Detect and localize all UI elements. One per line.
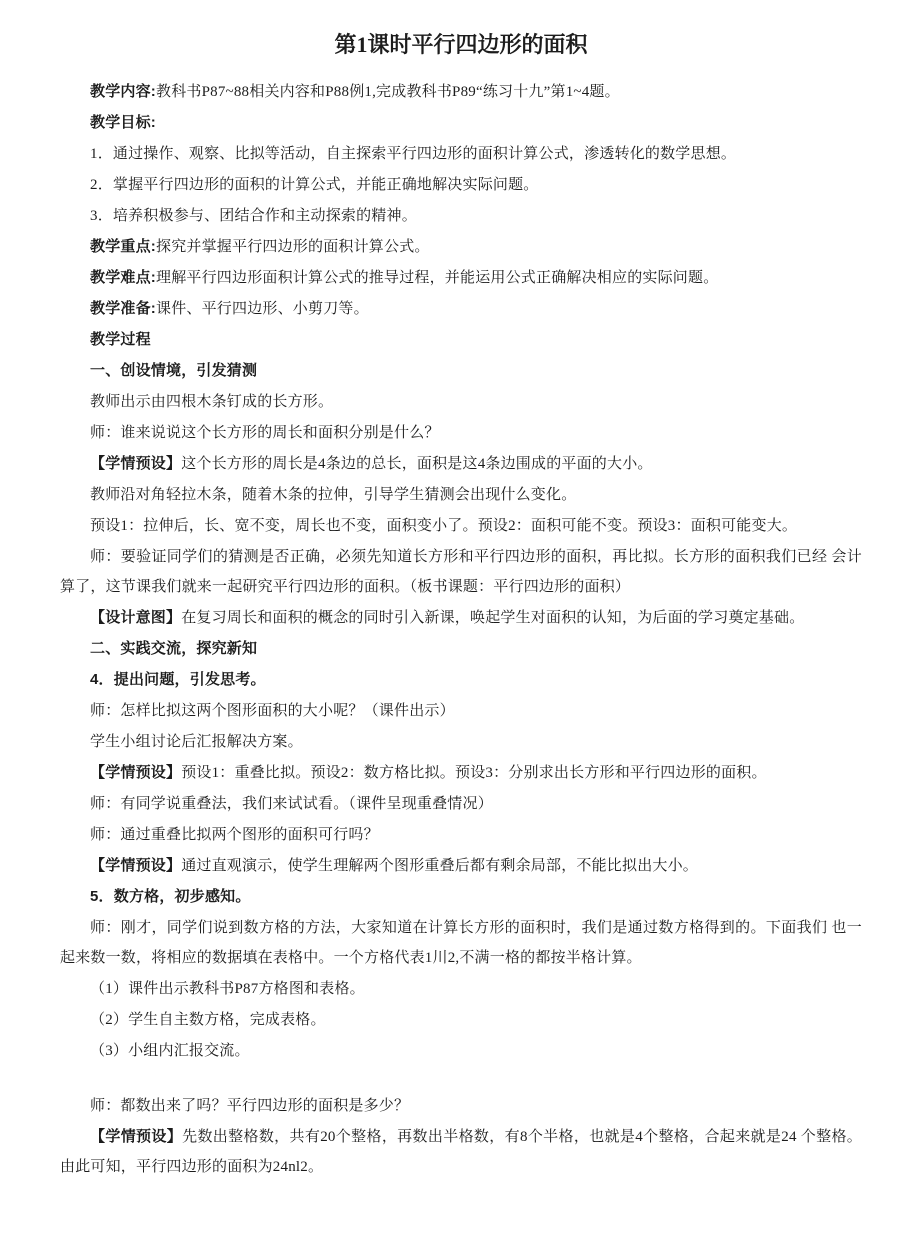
paragraph-text: 在复习周长和面积的概念的同时引入新课，唤起学生对面积的认知，为后面的学习奠定基础… bbox=[181, 610, 804, 626]
paragraph-text: 3．培养积极参与、团结合作和主动探索的精神。 bbox=[90, 208, 417, 224]
paragraph-label: 【设计意图】 bbox=[90, 609, 181, 626]
paragraph: 教师沿对角轻拉木条，随着木条的拉伸，引导学生猜测会出现什么变化。 bbox=[60, 480, 862, 510]
paragraph-teaching-difficulty: 教学难点:理解平行四边形面积计算公式的推导过程，并能运用公式正确解决相应的实际问… bbox=[60, 263, 862, 293]
paragraph-label: 教学内容: bbox=[90, 83, 156, 100]
paragraph-label: 5．数方格，初步感知。 bbox=[90, 888, 251, 905]
paragraph-text: 1．通过操作、观察、比拟等活动，自主探索平行四边形的面积计算公式，渗透转化的数学… bbox=[90, 146, 736, 162]
paragraph-substep-2: （2）学生自主数方格，完成表格。 bbox=[60, 1005, 862, 1035]
paragraph-substep-1: （1）课件出示教科书P87方格图和表格。 bbox=[60, 974, 862, 1004]
paragraph-text: （1）课件出示教科书P87方格图和表格。 bbox=[90, 981, 365, 997]
paragraph: 师：要验证同学们的猜测是否正确，必须先知道长方形和平行四边形的面积，再比拟。长方… bbox=[60, 542, 862, 602]
paragraph-label: 教学难点: bbox=[90, 269, 156, 286]
paragraph-text: 通过直观演示，使学生理解两个图形重叠后都有剩余局部，不能比拟出大小。 bbox=[181, 858, 698, 874]
paragraph-label: 教学准备: bbox=[90, 300, 156, 317]
paragraph: 师：谁来说说这个长方形的周长和面积分别是什么？ bbox=[60, 418, 862, 448]
paragraph: 预设1：拉伸后，长、宽不变，周长也不变，面积变小了。预设2：面积可能不变。预设3… bbox=[60, 511, 862, 541]
paragraph-label: 教学目标: bbox=[90, 114, 156, 131]
paragraph-text: 理解平行四边形面积计算公式的推导过程，并能运用公式正确解决相应的实际问题。 bbox=[156, 270, 718, 286]
paragraph-goal-3: 3．培养积极参与、团结合作和主动探索的精神。 bbox=[60, 201, 862, 231]
paragraph-text: 课件、平行四边形、小剪刀等。 bbox=[156, 301, 369, 317]
paragraph-text: 师：有同学说重叠法，我们来试试看。（课件呈现重叠情况） bbox=[90, 796, 493, 812]
paragraph: 师：有同学说重叠法，我们来试试看。（课件呈现重叠情况） bbox=[60, 789, 862, 819]
paragraph-student-expectation: 【学情预设】这个长方形的周长是4条边的总长，面积是这4条边围成的平面的大小。 bbox=[60, 449, 862, 479]
paragraph-goal-1: 1．通过操作、观察、比拟等活动，自主探索平行四边形的面积计算公式，渗透转化的数学… bbox=[60, 139, 862, 169]
paragraph-text: 师：都数出来了吗？平行四边形的面积是多少？ bbox=[90, 1098, 409, 1114]
paragraph-text: 教师沿对角轻拉木条，随着木条的拉伸，引导学生猜测会出现什么变化。 bbox=[90, 487, 576, 503]
paragraph-text: 师：要验证同学们的猜测是否正确，必须先知道长方形和平行四边形的面积，再比拟。长方… bbox=[60, 549, 862, 595]
paragraph-label: 教学重点: bbox=[90, 238, 156, 255]
paragraph-student-expectation: 【学情预设】先数出整格数，共有20个整格，再数出半格数，有8个半格，也就是4个整… bbox=[60, 1122, 862, 1182]
paragraph-text: 师：怎样比拟这两个图形面积的大小呢？（课件出示） bbox=[90, 703, 455, 719]
paragraph-goal-2: 2．掌握平行四边形的面积的计算公式，并能正确地解决实际问题。 bbox=[60, 170, 862, 200]
paragraph-text: 这个长方形的周长是4条边的总长，面积是这4条边围成的平面的大小。 bbox=[181, 456, 652, 472]
paragraph-text: 预设1：重叠比拟。预设2：数方格比拟。预设3：分别求出长方形和平行四边形的面积。 bbox=[181, 765, 767, 781]
paragraph-label: 教学过程 bbox=[90, 331, 151, 348]
paragraph-text: 教师出示由四根木条钉成的长方形。 bbox=[90, 394, 333, 410]
paragraph-teaching-process-heading: 教学过程 bbox=[60, 325, 862, 355]
paragraph-label: 二、实践交流，探究新知 bbox=[90, 640, 257, 657]
paragraph-design-intent: 【设计意图】在复习周长和面积的概念的同时引入新课，唤起学生对面积的认知，为后面的… bbox=[60, 603, 862, 633]
paragraph-text: 师：通过重叠比拟两个图形的面积可行吗？ bbox=[90, 827, 379, 843]
paragraph: 学生小组讨论后汇报解决方案。 bbox=[60, 727, 862, 757]
paragraph-section-2-heading: 二、实践交流，探究新知 bbox=[60, 634, 862, 664]
paragraph-text: （3）小组内汇报交流。 bbox=[90, 1043, 250, 1059]
paragraph-teaching-preparation: 教学准备:课件、平行四边形、小剪刀等。 bbox=[60, 294, 862, 324]
paragraph-substep-3: （3）小组内汇报交流。 bbox=[60, 1036, 862, 1066]
paragraph: 教师出示由四根木条钉成的长方形。 bbox=[60, 387, 862, 417]
lesson-plan-document: 第1课时平行四边形的面积 教学内容:教科书P87~88相关内容和P88例1,完成… bbox=[0, 0, 920, 1237]
paragraph: 师：通过重叠比拟两个图形的面积可行吗？ bbox=[60, 820, 862, 850]
page-title: 第1课时平行四边形的面积 bbox=[60, 30, 862, 60]
paragraph-text: 教科书P87~88相关内容和P88例1,完成教科书P89“练习十九”第1~4题。 bbox=[156, 84, 620, 100]
paragraph-text: 预设1：拉伸后，长、宽不变，周长也不变，面积变小了。预设2：面积可能不变。预设3… bbox=[90, 518, 797, 534]
paragraph-text: 学生小组讨论后汇报解决方案。 bbox=[90, 734, 303, 750]
paragraph-label: 一、创设情境，引发猜测 bbox=[90, 362, 257, 379]
paragraph-text: 师：刚才，同学们说到数方格的方法，大家知道在计算长方形的面积时，我们是通过数方格… bbox=[60, 920, 862, 966]
paragraph-text: 师：谁来说说这个长方形的周长和面积分别是什么？ bbox=[90, 425, 440, 441]
paragraph-step-4-heading: 4．提出问题，引发思考。 bbox=[60, 665, 862, 695]
paragraph-label: 【学情预设】 bbox=[90, 857, 181, 874]
paragraph-text: 2．掌握平行四边形的面积的计算公式，并能正确地解决实际问题。 bbox=[90, 177, 539, 193]
paragraph: 师：刚才，同学们说到数方格的方法，大家知道在计算长方形的面积时，我们是通过数方格… bbox=[60, 913, 862, 973]
blank-line bbox=[60, 1067, 862, 1091]
paragraph-label: 【学情预设】 bbox=[90, 1128, 182, 1145]
paragraph-label: 【学情预设】 bbox=[90, 455, 181, 472]
paragraph: 师：怎样比拟这两个图形面积的大小呢？（课件出示） bbox=[60, 696, 862, 726]
paragraph-label: 【学情预设】 bbox=[90, 764, 181, 781]
paragraph-student-expectation: 【学情预设】预设1：重叠比拟。预设2：数方格比拟。预设3：分别求出长方形和平行四… bbox=[60, 758, 862, 788]
paragraph-label: 4．提出问题，引发思考。 bbox=[90, 671, 266, 688]
paragraph-teaching-goals-heading: 教学目标: bbox=[60, 108, 862, 138]
paragraph-text: （2）学生自主数方格，完成表格。 bbox=[90, 1012, 326, 1028]
paragraph-student-expectation: 【学情预设】通过直观演示，使学生理解两个图形重叠后都有剩余局部，不能比拟出大小。 bbox=[60, 851, 862, 881]
paragraph-step-5-heading: 5．数方格，初步感知。 bbox=[60, 882, 862, 912]
paragraph: 师：都数出来了吗？平行四边形的面积是多少？ bbox=[60, 1091, 862, 1121]
paragraph-teaching-content: 教学内容:教科书P87~88相关内容和P88例1,完成教科书P89“练习十九”第… bbox=[60, 77, 862, 107]
paragraph-section-1-heading: 一、创设情境，引发猜测 bbox=[60, 356, 862, 386]
paragraph-teaching-key-point: 教学重点:探究并掌握平行四边形的面积计算公式。 bbox=[60, 232, 862, 262]
paragraph-text: 探究并掌握平行四边形的面积计算公式。 bbox=[156, 239, 430, 255]
